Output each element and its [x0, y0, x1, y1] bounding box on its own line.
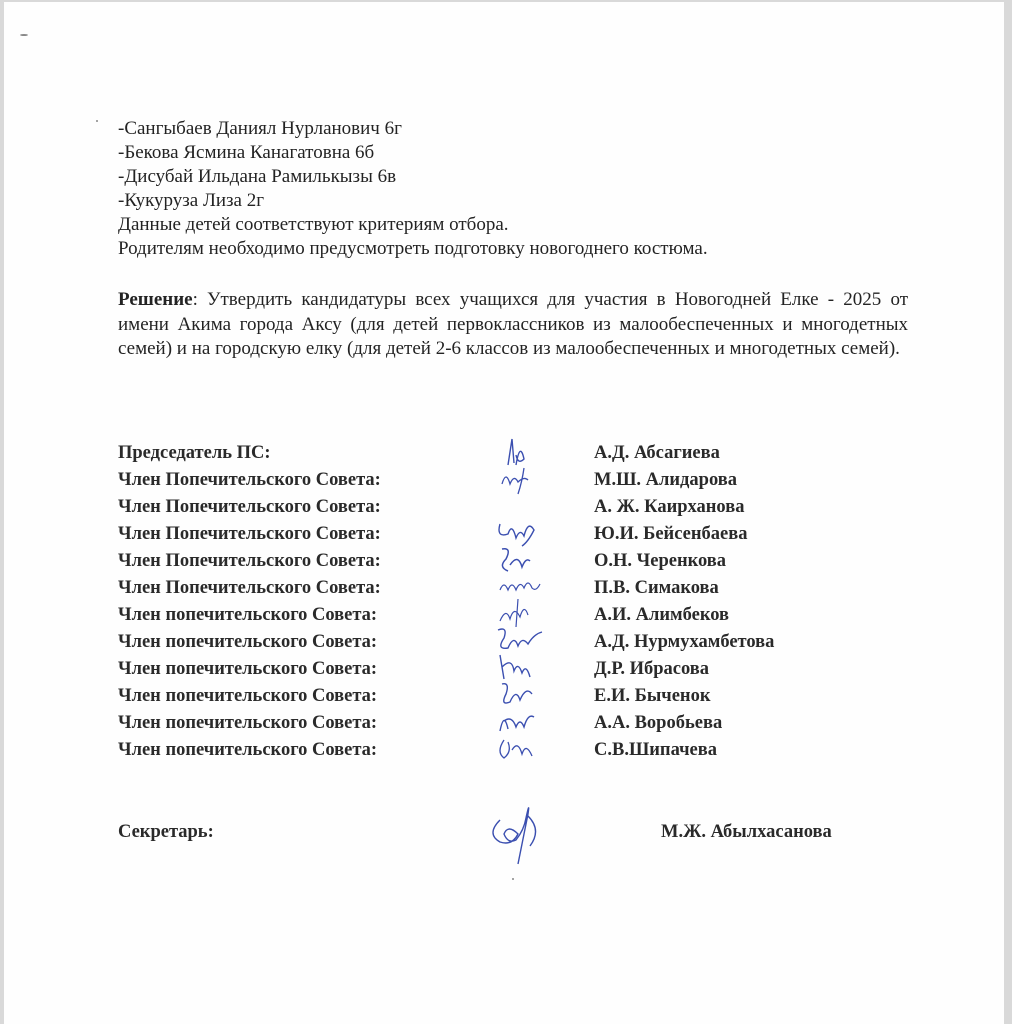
- signatory-name: О.Н. Черенкова: [594, 549, 726, 573]
- decision-text: : Утвердить кандидатуры всех учащихся дл…: [118, 289, 908, 359]
- signatory-role: Член попечительского Совета:: [118, 630, 377, 654]
- signature-row: Член попечительского Совета: С.В.Шипачев…: [118, 738, 898, 762]
- signatory-role: Член Попечительского Совета:: [118, 522, 381, 546]
- handwritten-signature-icon: [478, 790, 548, 870]
- signatory-name: А.Д. Нурмухамбетова: [594, 630, 774, 654]
- criteria-note: Данные детей соответствуют критериям отб…: [118, 214, 509, 236]
- scan-speck: [512, 878, 514, 880]
- signatory-name: А.И. Алимбеков: [594, 603, 729, 627]
- signatory-role: Член Попечительского Совета:: [118, 468, 381, 492]
- secretary-role: Секретарь:: [118, 820, 214, 844]
- decision-label: Решение: [118, 289, 193, 310]
- signatory-name: Д.Р. Ибрасова: [594, 657, 709, 681]
- secretary-name: М.Ж. Абылхасанова: [661, 820, 832, 844]
- signatory-role: Член попечительского Совета:: [118, 738, 377, 762]
- signatory-role: Член попечительского Совета:: [118, 657, 377, 681]
- signatory-name: А.Д. Абсагиева: [594, 441, 720, 465]
- signatory-name: Е.И. Быченок: [594, 684, 711, 708]
- signatory-role: Член попечительского Совета:: [118, 603, 377, 627]
- student-line: -Сангыбаев Даниял Нурланович 6г: [118, 118, 402, 140]
- handwritten-signature-icon: [478, 732, 548, 766]
- handwritten-signature-icon: [478, 462, 548, 496]
- student-line: -Дисубай Ильдана Рамилькызы 6в: [118, 166, 396, 188]
- decision-paragraph: Решение: Утвердить кандидатуры всех учащ…: [118, 288, 908, 362]
- scanned-document-page: -Сангыбаев Даниял Нурланович 6г -Бекова …: [4, 2, 1004, 1024]
- student-line: -Кукуруза Лиза 2г: [118, 190, 264, 212]
- scan-speck: [20, 34, 28, 36]
- signatory-name: А.А. Воробьева: [594, 711, 722, 735]
- scan-speck: [96, 120, 98, 122]
- signatory-role: Председатель ПС:: [118, 441, 271, 465]
- costume-note: Родителям необходимо предусмотреть подго…: [118, 238, 708, 260]
- signatory-name: А. Ж. Каирханова: [594, 495, 744, 519]
- signatory-name: М.Ш. Алидарова: [594, 468, 737, 492]
- student-line: -Бекова Ясмина Канагатовна 6б: [118, 142, 374, 164]
- signatory-role: Член Попечительского Совета:: [118, 549, 381, 573]
- signatory-name: П.В. Симакова: [594, 576, 719, 600]
- signatory-role: Член попечительского Совета:: [118, 711, 377, 735]
- signature-row: Член Попечительского Совета: М.Ш. Алидар…: [118, 468, 898, 492]
- signatory-name: Ю.И. Бейсенбаева: [594, 522, 747, 546]
- signatory-role: Член Попечительского Совета:: [118, 576, 381, 600]
- signatory-name: С.В.Шипачева: [594, 738, 717, 762]
- secretary-row: Секретарь: М.Ж. Абылхасанова: [118, 820, 898, 844]
- signatory-role: Член Попечительского Совета:: [118, 495, 381, 519]
- signatory-role: Член попечительского Совета:: [118, 684, 377, 708]
